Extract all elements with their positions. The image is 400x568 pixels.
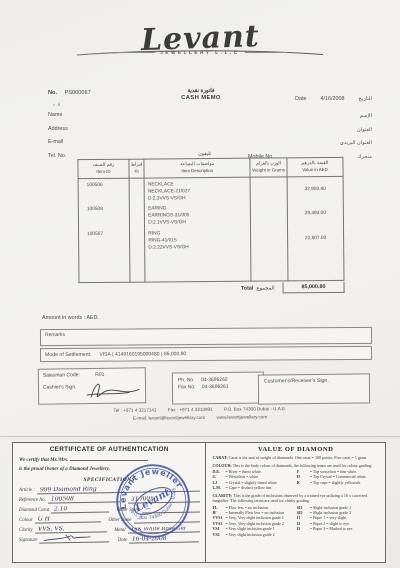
colour-grades-left: D.E.= River = finest white. G= Wesselton… [212,469,294,491]
spec-row-signature: Signature Date 16-04-2008 [19,533,199,543]
remarks-box: Remarks [40,327,372,346]
header-kt-english: Kt [135,169,139,174]
memo-date: Date 4/16/2008 التاريخ [295,96,372,102]
grade-item: K= Top cape = slightly yellowish. [297,480,379,485]
item-id-cell: 100507 [79,227,130,252]
certificate-title: CERTIFICATE OF AUTHENTICATION [19,446,199,453]
brand-header: Levant JEWELLERY L.L.C [0,24,400,55]
phone-label: Ph. No. [178,377,195,383]
name-label: Name [48,112,62,118]
total-row: Total المجموع 85,000.80 [79,282,345,295]
empty-cell [251,251,288,282]
footer-email: E-mail: levant@levantjewellary.com [133,415,205,421]
item-id-cell: 100506 [78,178,129,204]
total-label: Total [241,285,254,291]
grade-code: VS2 [212,532,225,537]
salesman-code-label: Salesman Code: [43,372,80,379]
phone-value: 04-3696262 [201,377,228,383]
email-label-arabic: العنوان البريدي [340,140,372,146]
scan-divider [0,436,400,437]
header-value-english: Value in AED [302,167,328,172]
field-name: Name الإسم [48,112,372,126]
clarity-grades-left: FL= Flaw less = no inclusion. IF= Intern… [212,505,294,537]
header-item-id: رقم الصنفItem ID [78,159,129,178]
value-cell: 29,493.00 [287,201,343,226]
colour-label: Colour [19,518,33,523]
header-kt: قيراطKt [129,159,144,178]
clarity-label: Clarity [19,528,33,533]
description-cell: NECKLACE NECKLACE-21/027 D:2.3VVS-VS/GH [144,177,250,203]
carat-paragraph: CARAT: Carat is the unit of weight of di… [212,455,379,461]
authenticator-signature [42,533,92,543]
header-description-english: Item Description [181,168,213,173]
footer-website: www.levantjewellary.com [216,414,267,420]
memo-footer: Tel : +971 4 3217141 Fax : +971 4 321399… [0,404,400,424]
value-cell: 32,900.80 [287,176,343,202]
grade-item: VS2= Very slight inclusion grade 2 [212,532,294,537]
certify-line-1: We certify that Mr./Mrs. [19,458,69,463]
header-value: القيمة بالدرهمValue in AED [287,157,343,176]
email-label: E-mail [48,139,63,145]
clarity-heading: CLARITY: [212,493,232,498]
table-row: 100507 RING RING-41/015 D:2.22VVS-VS/GH … [79,225,344,252]
total-label-arabic: المجموع [256,285,274,291]
description-cell: RING RING-41/015 D:2.22VVS-VS/GH [145,226,251,251]
date-label: Date [295,96,306,102]
value-cell: 22,607.00 [287,225,343,250]
weight-cell [250,176,287,201]
colour-text: This is the body colour of diamonds, the… [233,463,373,468]
grade-code: K [297,480,310,485]
scanned-cash-memo-page: Levant JEWELLERY L.L.C No. PS000067 فاتو… [0,0,400,568]
weight-cell [251,201,288,226]
diamond-carat-value: 2.10 [51,505,109,513]
cert-signature-value [39,530,110,543]
fax-label: Fax No. [178,384,196,390]
empty-cell [145,251,251,282]
salesman-box: Salesman Code: R01 Cashier's Sign. [38,367,146,405]
diamond-carat-label: Diamond Carat [19,508,49,513]
certify-line-2: is the proud Owner of a Diamond Jeweller… [19,467,110,472]
empty-cell [79,252,130,283]
colour-grades: D.E.= River = finest white. G= Wesselton… [212,469,379,491]
table-header-row: رقم الصنفItem ID قيراطKt مواصفات البضاعة… [78,157,343,178]
remarks-label: Remarks [45,330,371,338]
table-row: 100508 EARING EARRINGS-31/005 D:2.1VVS-V… [78,201,343,228]
grade-code: L.M. [212,485,225,490]
grade-desc: = Top cape = slightly yellowish. [310,480,379,485]
cashier-signature [85,378,141,401]
address-label: Address [48,126,68,132]
settlement-label: Mode of Settlement: [45,352,91,358]
certificate-card: CERTIFICATE OF AUTHENTICATION We certify… [12,442,386,563]
name-blank-line [70,460,148,461]
phone-box: Ph. No. 04-3696262 Fax No. 04-3696261 [172,372,264,405]
address-label-arabic: العنوان [357,127,372,133]
weight-cell [251,226,288,251]
field-address: Address العنوان [48,126,372,140]
settlement-box: Mode of Settlement: VISA ( 4149160195000… [40,346,372,362]
cert-date-label: Date [118,538,127,543]
grade-item: I3= Pique 3 = Marked to eye. [297,526,379,531]
header-weight-english: Weight in Grams [252,167,285,172]
kt-cell [129,227,144,252]
clarity-paragraph: CLARITY: This is the grade of inclusions… [212,493,379,504]
reference-label: Reference No. [19,498,46,503]
empty-cell [130,252,146,283]
header-item-id-english: Item ID [96,169,110,174]
date-label-arabic: التاريخ [359,96,372,102]
carat-text: Carat is the unit of weight of diamonds.… [229,455,367,460]
empty-cell [288,250,344,281]
description-cell: EARING EARRINGS-31/005 D:2.1VVS-VS/GH [145,202,251,227]
clarity-text: This is the grade of inclusions observed… [212,493,367,504]
date-value: 4/16/2008 [321,96,345,102]
cert-signature-label: Signature [19,538,37,543]
brand-logo-text: Levant [140,22,260,56]
table-row: 100506 NECKLACE NECKLACE-21/027 D:2.3VVS… [78,176,343,203]
footer-tel: Tel : +971 4 3217141 [113,407,156,412]
grade-desc: = Very slight inclusion grade 2 [225,532,294,537]
memo-title-arabic: فاتورة نقدية [30,88,372,95]
customer-sign-label: Customer's/Receiver's Sign. [264,377,364,384]
settlement-value: VISA ( 4149160195000480 ) 85,000.80 [99,351,186,358]
grade-item: L.M.= Cape = distinct yellow tint. [212,485,294,490]
footer-fax: Fax : +971 4 3213991 [168,407,213,412]
customer-sign-box: Customer's/Receiver's Sign. [258,373,370,404]
clarity-grades: FL= Flaw less = no inclusion. IF= Intern… [212,505,379,537]
total-value: 85,000.80 [282,282,344,294]
item-id-cell: 100508 [78,203,129,228]
name-label-arabic: الإسم [360,113,372,119]
colour-grades-right: F= Top wesselton = fine white. H= Top Cr… [297,469,379,491]
tel-label-arabic: تليفون [198,151,211,157]
clarity-grades-right: SI1= Slight inclusion grade 1 SI2= Sligh… [297,505,379,537]
header-description: مواصفات البضاعةItem Description [144,158,250,177]
colour-paragraph: COLOUR: This is the body colour of diamo… [212,463,379,469]
grade-code: I3 [297,526,310,531]
items-table: رقم الصنفItem ID قيراطKt مواصفات البضاعة… [77,157,344,284]
grade-desc: = Pique 3 = Marked to eye. [310,526,379,531]
kt-cell [129,178,144,203]
grade-desc: = Cape = distinct yellow tint. [225,485,294,490]
article-label: Article : [19,488,35,493]
colour-heading: COLOUR: [212,463,231,468]
colour-value: G H [35,515,101,523]
tel-label: Tel. No. [48,153,66,159]
carat-heading: CARAT: [212,455,227,460]
pen-mark [52,102,66,108]
amount-in-words: Amount in words : AED. [42,315,99,321]
header-weight: الوزن بالغرامWeight in Grams [250,158,287,177]
kt-cell [129,203,144,228]
fax-value: 04-3696261 [202,384,229,390]
table-spacer-row [79,250,344,283]
signature-row: Salesman Code: R01 Cashier's Sign. Ph. N… [38,366,372,406]
certificate-left-panel: CERTIFICATE OF AUTHENTICATION We certify… [13,443,206,562]
mobile-label-arabic: متحرك [357,154,372,160]
salesman-code-value: R01 [95,372,104,378]
footer-pobox: P.O. Box 74300 Dubai - U.A.E. [224,406,287,412]
value-of-diamond-title: VALUE OF DIAMOND [212,446,379,453]
items-table-wrap: رقم الصنفItem ID قيراطKt مواصفات البضاعة… [77,157,344,296]
value-of-diamond-panel: VALUE OF DIAMOND CARAT: Carat is the uni… [206,443,385,562]
